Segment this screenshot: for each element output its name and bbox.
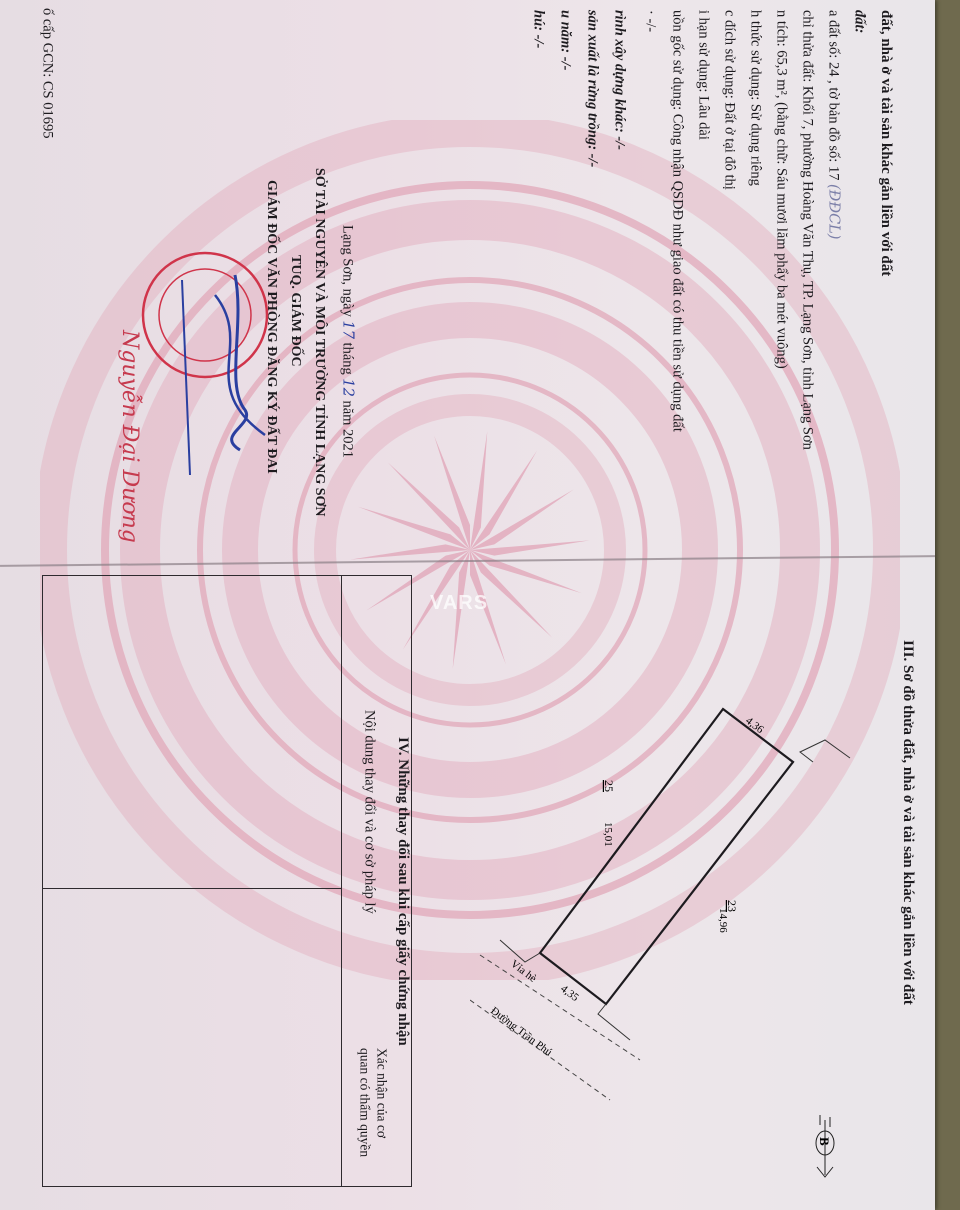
signer-name: Nguyễn Đại Dương: [118, 330, 140, 543]
vars-watermark: VARS: [430, 592, 488, 615]
neighbor-parcel-23: 23: [725, 900, 739, 912]
parcel-plot-diagram: 4,36 14,96 15,01 4,35 25 23 Vỉa hè Đường…: [470, 700, 870, 1120]
address-line: chỉ thửa đất: Khối 7, phường Hoàng Văn T…: [800, 10, 815, 450]
section-ii-header: đất, nhà ở và tài sản khác gắn liền với …: [878, 10, 893, 276]
agency-name: SỞ TÀI NGUYÊN VÀ MÔI TRƯỜNG TỈNH LẠNG SƠ…: [312, 168, 326, 517]
term-line: i hạn sử dụng: Lâu dài: [696, 10, 711, 140]
col-change-content: Nội dung thay đổi và cơ sở pháp lý: [362, 710, 377, 914]
on-behalf: TUQ. GIÁM ĐỐC: [288, 255, 302, 367]
col-confirm-1: Xác nhận của cơ: [375, 1048, 389, 1138]
section-iv-title: IV. Những thay đổi sau khi cấp giấy chứn…: [395, 737, 410, 1046]
form-line: h thức sử dụng: Sử dụng riêng: [748, 10, 763, 186]
section-ii-sub: đất:: [852, 10, 867, 33]
north-arrow-icon: B: [795, 1115, 855, 1185]
neighbor-parcel-25: 25: [602, 780, 616, 792]
edge-left-length: 15,01: [602, 822, 614, 847]
certificate-sheet: đất, nhà ở và tài sản khác gắn liền với …: [0, 0, 935, 1210]
col-confirm-2: quan có thẩm quyền: [358, 1048, 372, 1157]
gcn-number: ố cấp GCN: CS 01695: [40, 8, 55, 139]
other-construction-line: rình xây dựng khác: -/-: [612, 10, 627, 150]
svg-text:B: B: [817, 1137, 832, 1146]
sidewalk-label: Vỉa hè: [508, 958, 538, 985]
official-stamp: [143, 253, 267, 377]
blank-line: · -/-: [643, 10, 658, 32]
street-label: Đường Trần Phú: [488, 1005, 554, 1059]
perennial-line: u năm: -/-: [558, 10, 573, 70]
purpose-line: c đích sử dụng: Đất ở tại đô thị: [722, 10, 737, 190]
production-forest-line: sản xuất là rừng trồng: -/-: [585, 10, 600, 167]
origin-line: uồn gốc sử dụng: Công nhận QSDĐ như giao…: [670, 10, 685, 432]
area-line: n tích: 65,3 m², (bằng chữ: Sáu mươi lăm…: [774, 10, 789, 369]
edge-bottom-length: 4,35: [558, 983, 581, 1004]
parcel-line: a đất số: 24 , tờ bản đồ số: 17 (ĐĐCL): [826, 10, 841, 239]
place-date: Lạng Sơn, ngày 17 tháng 12 năm 2021: [340, 225, 355, 458]
section-iii-title: III. Sơ đồ thửa đất, nhà ở và tài sản kh…: [900, 640, 915, 1005]
changes-table: [42, 575, 412, 1187]
handwritten-note: (ĐĐCL): [826, 184, 842, 239]
notes-line: hú: -/-: [531, 10, 546, 48]
